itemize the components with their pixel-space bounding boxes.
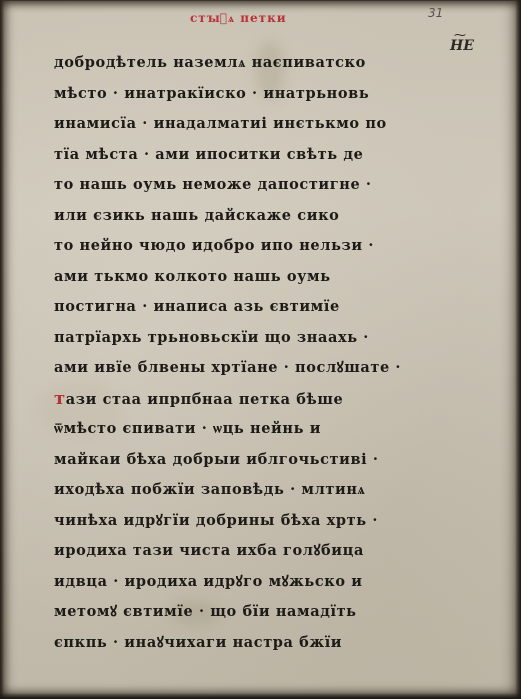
text-line-rest: ази стаа ипрпбнаа петка бѣше [66, 391, 344, 408]
text-line: постигна · инаписа азь євтимїе [54, 292, 454, 323]
text-line: то нашь оумь неможе дапостигне · [54, 170, 454, 201]
text-line: майкаи бѣха добрыи иблгочьстиві · [54, 445, 454, 476]
text-line: иходѣха побжїи заповѣдь · млтинѧ [54, 475, 454, 506]
text-line-with-initial: Тази стаа ипрпбнаа петка бѣше [54, 384, 454, 415]
text-line: єпкпь · инаꙋчихаги настра бжїи [54, 628, 454, 659]
rubric-heading: стꙑ҆ѧ петки [190, 11, 287, 26]
text-line: чинѣха идрꙋгїи добрины бѣха хрть · [54, 506, 454, 537]
page-edge-right [515, 0, 521, 699]
manuscript-text: добродѣтель наземлѧ наєпиватско мѣсто · … [54, 48, 454, 658]
text-line: то нейно чюдо идобро ипо нельзи · [54, 231, 454, 262]
text-line: патрїархь трьновьскїи що знаахь · [54, 323, 454, 354]
rubricated-initial: Т [54, 388, 66, 409]
text-line: ами ивїе блвены хртїане · послꙋшате · [54, 353, 454, 384]
folio-number-pencil: 31 [428, 6, 443, 20]
page-edge-left [0, 0, 4, 699]
text-line: добродѣтель наземлѧ наєпиватско [54, 48, 454, 79]
text-line: ами тькмо колкото нашь оумь [54, 262, 454, 293]
manuscript-page: стꙑ҆ѧ петки 31 ⁓ НЕ добродѣтель наземлѧ … [0, 0, 521, 699]
text-line: метомꙋ євтимїе · що бїи намадїть [54, 597, 454, 628]
titlo-mark: ⁓ [454, 28, 466, 42]
text-line: или єзикь нашь дайскаже сико [54, 201, 454, 232]
page-edge-bottom [0, 693, 521, 699]
text-line: идвца · иродиха идрꙋго мꙋжьско и [54, 567, 454, 598]
text-line: мѣсто · инатракїиско · инатрьновь [54, 79, 454, 110]
text-line: тїа мѣста · ами ипоситки свѣть де [54, 140, 454, 171]
text-line: инамисїа · инадалматиі инєтькмо по [54, 109, 454, 140]
text-line: ѿмѣсто єпивати · ѡць нейнь и [54, 414, 454, 445]
text-line: иродиха тази чиста ихба голꙋбица [54, 536, 454, 567]
